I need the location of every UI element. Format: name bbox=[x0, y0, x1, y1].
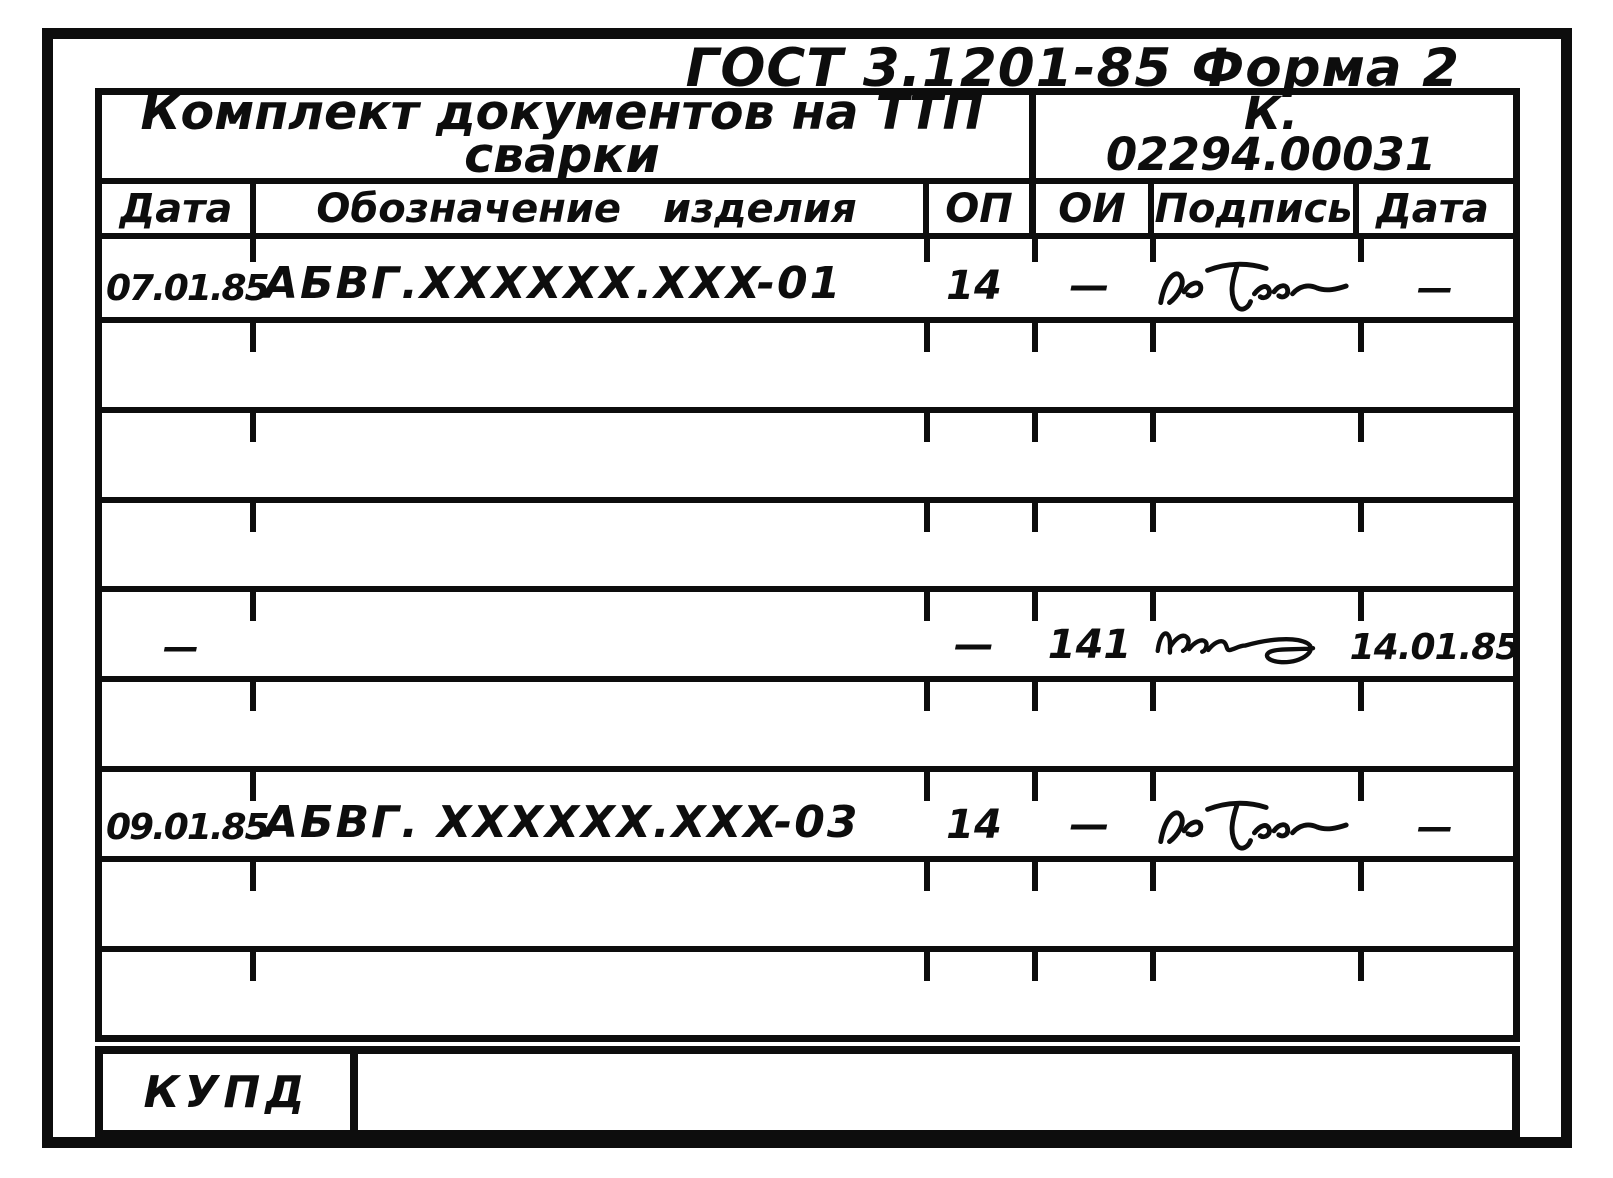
cell-oi bbox=[1032, 952, 1147, 1035]
cell-op bbox=[918, 952, 1030, 1035]
cell-date2 bbox=[1356, 952, 1513, 1035]
cell-designation: АБВГ.XXXXXX.XXX-01 bbox=[260, 233, 918, 317]
document-table: Комплект документов на ТТП сварки К. 022… bbox=[95, 88, 1520, 1042]
cell-signature bbox=[1149, 233, 1354, 317]
cell-date: 09.01.85 bbox=[102, 772, 254, 856]
cell-designation bbox=[260, 952, 918, 1035]
table-row bbox=[102, 682, 1513, 772]
cell-designation bbox=[260, 323, 918, 407]
kupd-label: КУПД bbox=[103, 1054, 350, 1130]
cell-date bbox=[102, 682, 254, 766]
table-row: 07.01.85 АБВГ.XXXXXX.XXX-01 14 — — bbox=[102, 233, 1513, 323]
kupd-box: КУПД bbox=[95, 1046, 1520, 1138]
table-row bbox=[102, 952, 1513, 1035]
cell-op: — bbox=[918, 592, 1030, 676]
cell-oi: — bbox=[1032, 772, 1147, 856]
table-row bbox=[102, 413, 1513, 503]
cell-oi bbox=[1032, 862, 1147, 946]
cell-date2: 14.01.85 bbox=[1356, 592, 1513, 676]
cell-oi bbox=[1032, 682, 1147, 766]
cell-signature bbox=[1149, 682, 1354, 766]
cell-signature bbox=[1149, 592, 1354, 676]
cell-date2 bbox=[1356, 323, 1513, 407]
table-row bbox=[102, 323, 1513, 413]
cell-date2 bbox=[1356, 682, 1513, 766]
table-rows: 07.01.85 АБВГ.XXXXXX.XXX-01 14 — — bbox=[95, 88, 1520, 1042]
cell-oi bbox=[1032, 503, 1147, 586]
cell-designation: АБВГ. XXXXXX.XXX-03 bbox=[260, 772, 918, 856]
signature-petrov bbox=[1149, 257, 1354, 315]
cell-oi: 141 bbox=[1032, 592, 1147, 676]
cell-op bbox=[918, 682, 1030, 766]
cell-op bbox=[918, 323, 1030, 407]
cell-op bbox=[918, 413, 1030, 497]
cell-date bbox=[102, 503, 254, 586]
signature-ivanov bbox=[1149, 612, 1354, 674]
cell-signature bbox=[1149, 772, 1354, 856]
cell-date bbox=[102, 323, 254, 407]
kupd-divider bbox=[350, 1054, 358, 1130]
cell-designation bbox=[260, 682, 918, 766]
cell-date2: — bbox=[1356, 233, 1513, 317]
cell-signature bbox=[1149, 952, 1354, 1035]
cell-signature bbox=[1149, 323, 1354, 407]
cell-date2 bbox=[1356, 413, 1513, 497]
cell-oi: — bbox=[1032, 233, 1147, 317]
cell-date bbox=[102, 952, 254, 1035]
cell-date2 bbox=[1356, 862, 1513, 946]
cell-designation bbox=[260, 862, 918, 946]
cell-oi bbox=[1032, 413, 1147, 497]
cell-signature bbox=[1149, 862, 1354, 946]
cell-date: — bbox=[102, 592, 254, 676]
table-row: 09.01.85 АБВГ. XXXXXX.XXX-03 14 — — bbox=[102, 772, 1513, 862]
table-row bbox=[102, 503, 1513, 592]
table-row bbox=[102, 862, 1513, 952]
scanned-document-page: ГОСТ 3.1201-85 Форма 2 Комплект документ… bbox=[0, 0, 1613, 1178]
cell-designation bbox=[260, 413, 918, 497]
cell-op: 14 bbox=[918, 233, 1030, 317]
signature-petrov bbox=[1149, 796, 1354, 854]
cell-oi bbox=[1032, 323, 1147, 407]
cell-op: 14 bbox=[918, 772, 1030, 856]
cell-designation bbox=[260, 503, 918, 586]
cell-op bbox=[918, 503, 1030, 586]
cell-signature bbox=[1149, 413, 1354, 497]
cell-date2 bbox=[1356, 503, 1513, 586]
cell-date bbox=[102, 413, 254, 497]
cell-date: 07.01.85 bbox=[102, 233, 254, 317]
cell-designation bbox=[260, 592, 918, 676]
cell-op bbox=[918, 862, 1030, 946]
cell-date2: — bbox=[1356, 772, 1513, 856]
table-row: — — 141 14.01.85 bbox=[102, 592, 1513, 682]
cell-date bbox=[102, 862, 254, 946]
cell-signature bbox=[1149, 503, 1354, 586]
